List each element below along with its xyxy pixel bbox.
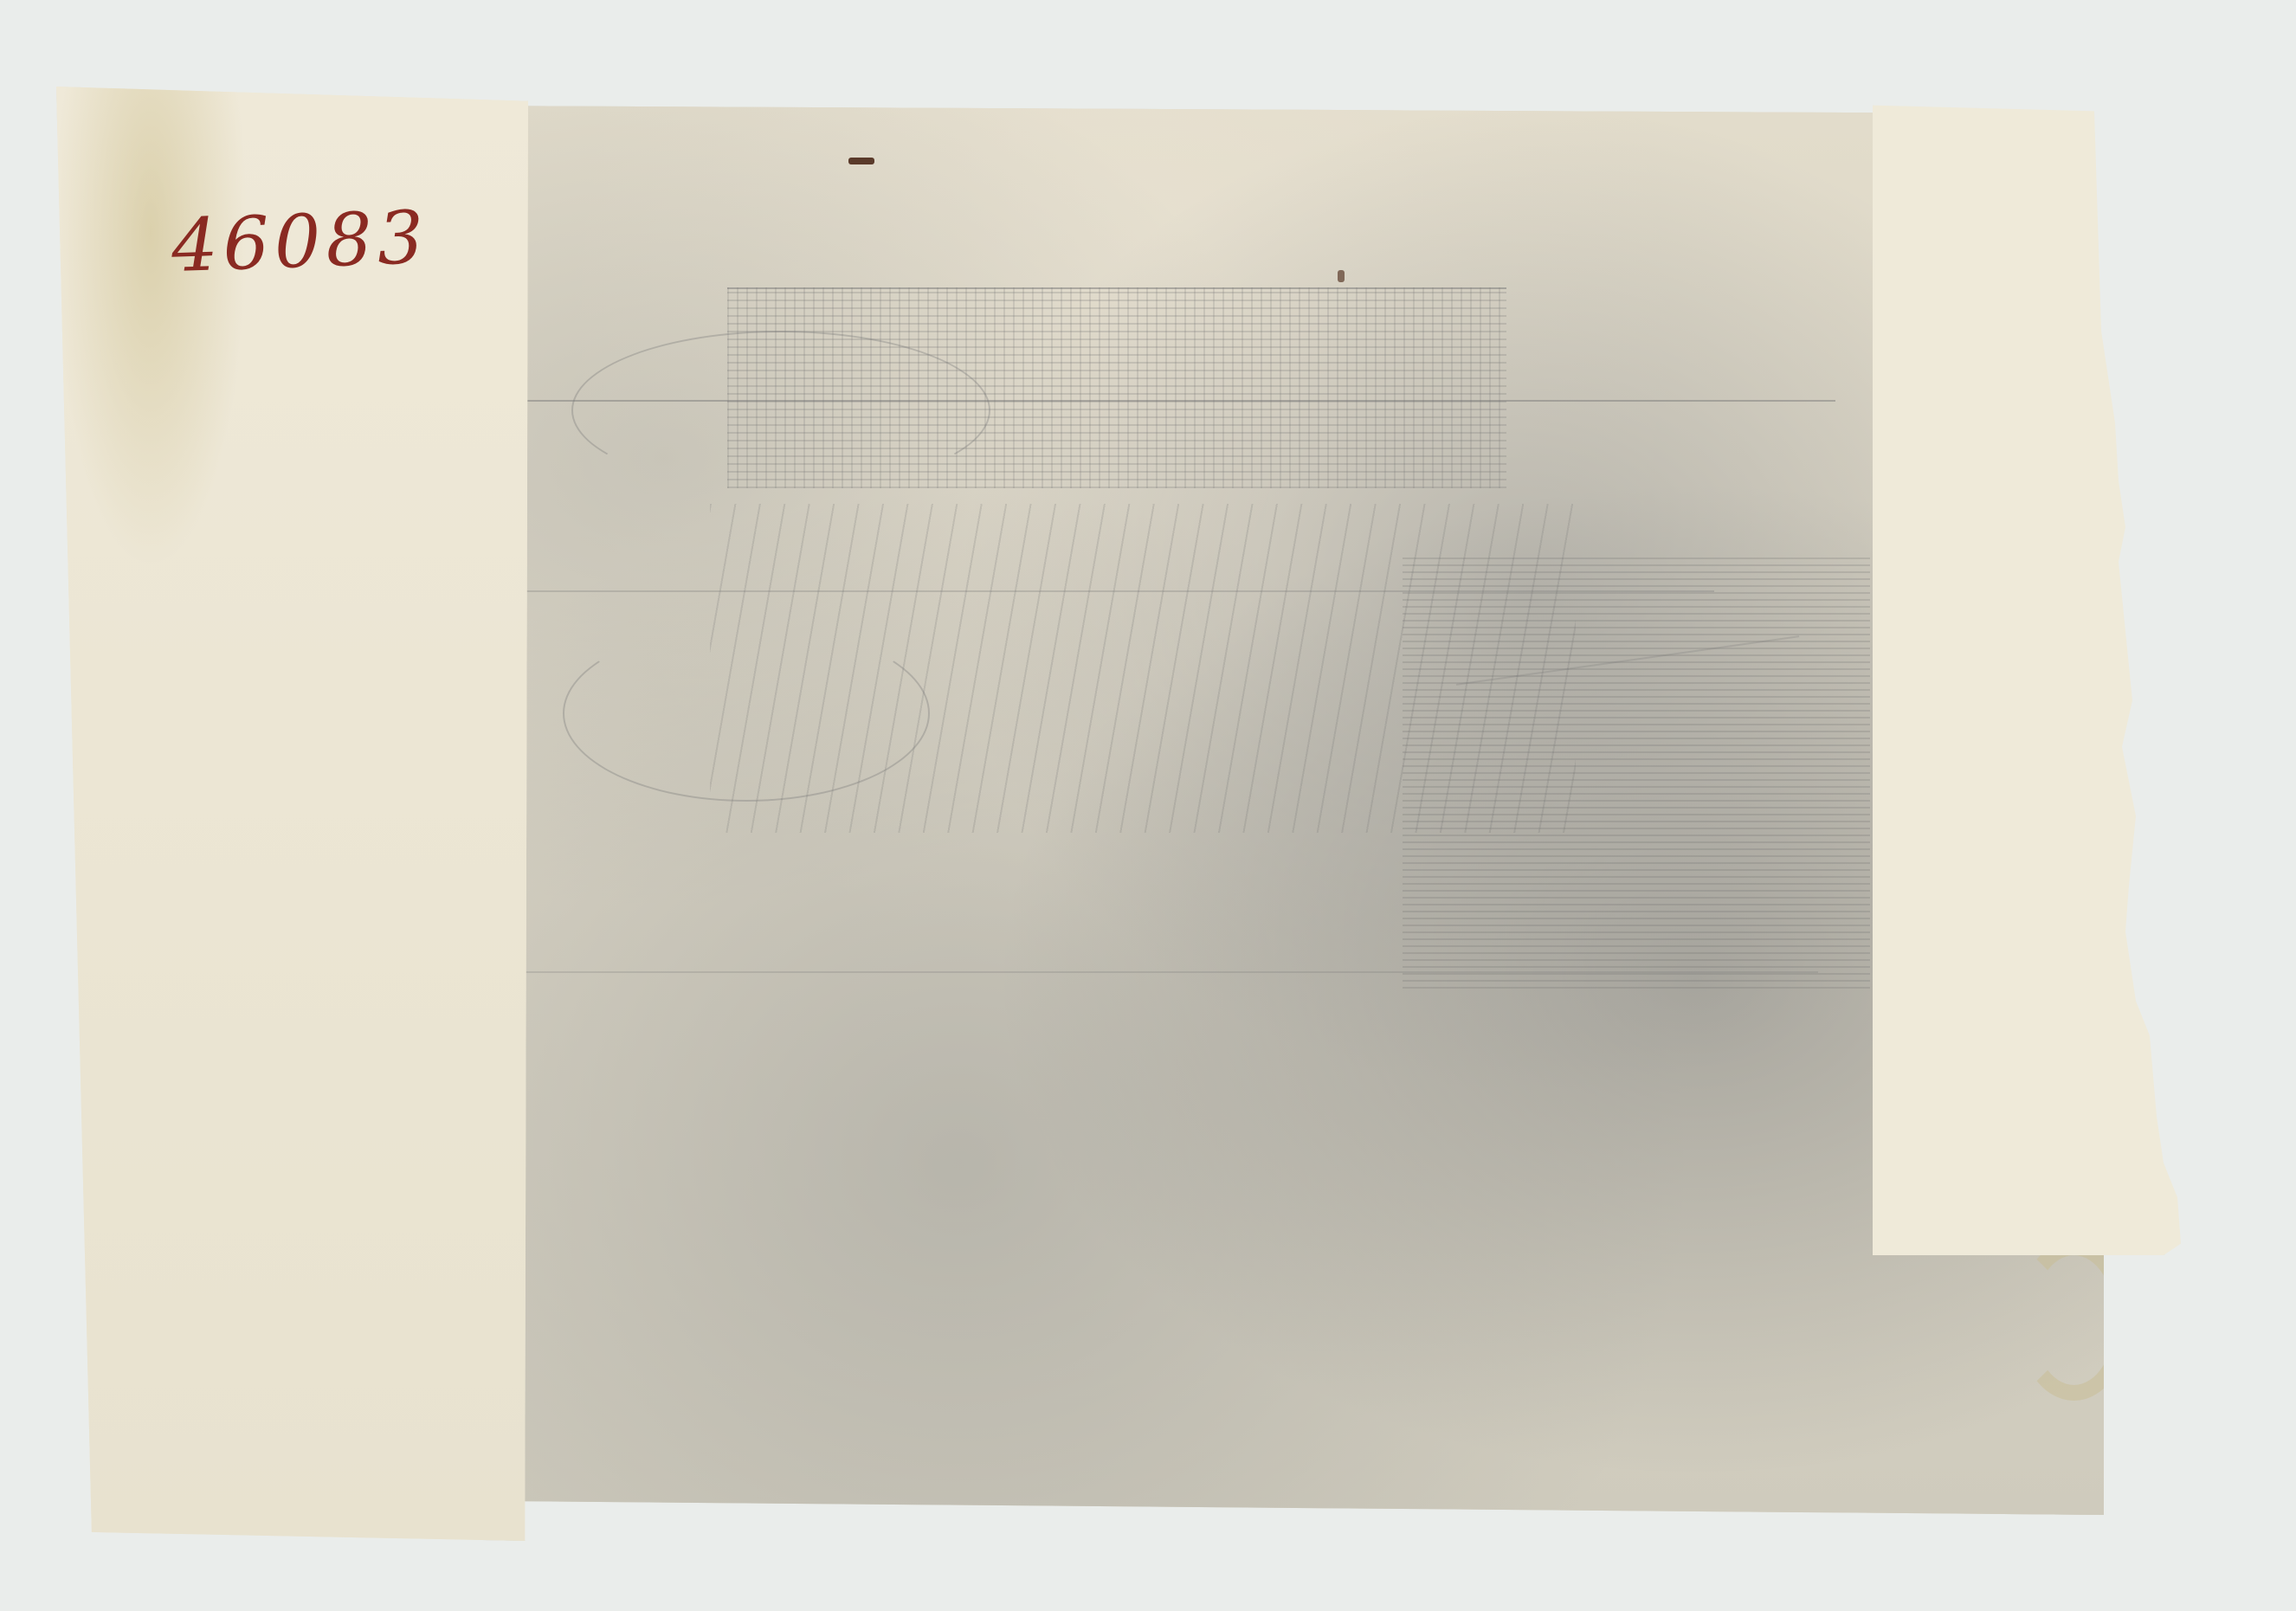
hatched-architecture-area xyxy=(1403,556,1870,989)
sketch-arc xyxy=(563,625,930,802)
sketch-sheet xyxy=(468,106,2104,1515)
sketch-line xyxy=(1456,635,1799,686)
scanned-artwork: 46083 xyxy=(0,0,2296,1611)
catalog-number-annotation: 46083 xyxy=(170,195,429,288)
water-stain xyxy=(2017,1240,2131,1401)
ink-spot xyxy=(848,158,874,164)
sketch-line xyxy=(519,971,1818,973)
right-hinge-strip-torn xyxy=(1873,100,2219,1255)
ink-spot xyxy=(1338,270,1345,282)
left-hinge-strip xyxy=(56,87,528,1541)
sketch-arc xyxy=(571,331,990,490)
sketch-line xyxy=(502,590,1714,592)
